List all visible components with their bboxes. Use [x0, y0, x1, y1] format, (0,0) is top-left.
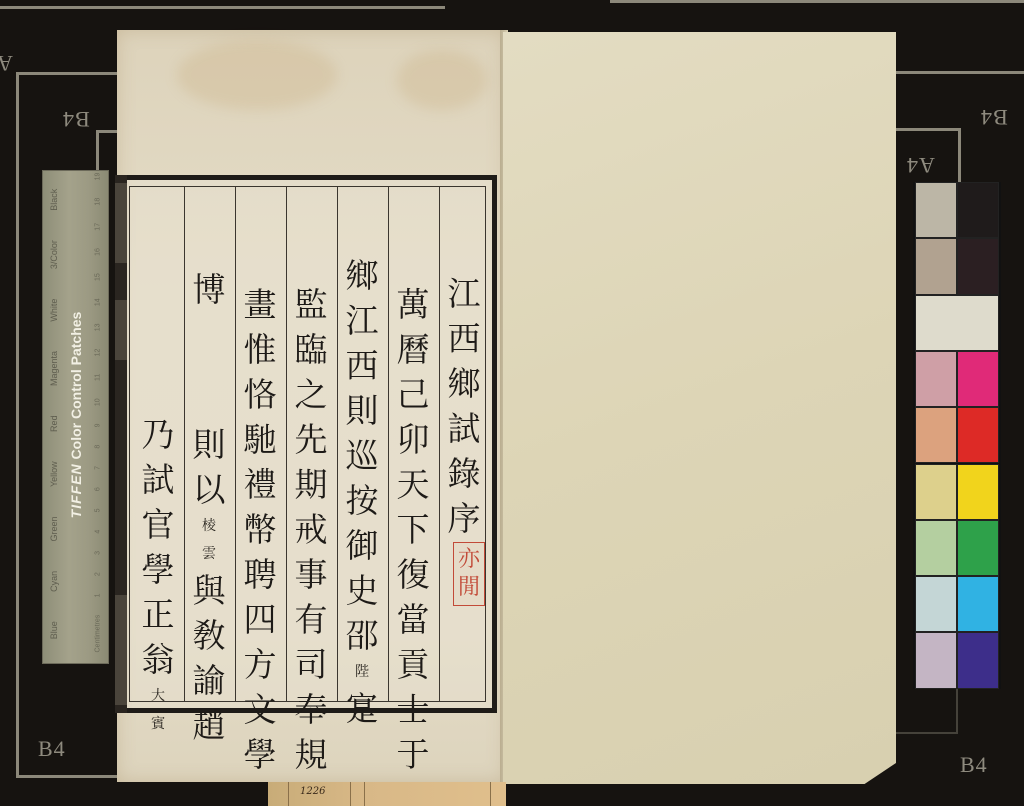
color-patch-right	[957, 632, 999, 688]
tiffen-brand: TIFFEN	[68, 463, 84, 518]
ruler-tick: 7	[94, 466, 101, 470]
text-character: 之	[295, 372, 328, 417]
paper-stain	[177, 40, 337, 110]
text-character: 按	[346, 478, 379, 523]
text-character: 以	[193, 467, 226, 512]
ruler-tick: 5	[94, 509, 101, 513]
seal-character: 亦	[454, 546, 484, 574]
text-character: 事	[295, 552, 328, 597]
slip-rule	[490, 782, 491, 806]
text-character: 有	[295, 597, 328, 642]
ruler-tick: 18	[94, 198, 101, 206]
tiffen-color-label: Cyan	[49, 571, 59, 592]
ruler-tick: 13	[94, 323, 101, 331]
right-page-blank	[503, 32, 896, 784]
text-character: 期	[295, 462, 328, 507]
text-character: 西	[448, 316, 481, 361]
text-character: 士	[397, 687, 430, 732]
ruler-tick: 14	[94, 298, 101, 306]
text-column: 鄉江西則巡按御史邵陛寔	[337, 253, 387, 731]
text-character: 司	[295, 642, 328, 687]
ruler-tick: 1	[94, 594, 101, 598]
color-patch-right	[957, 407, 999, 463]
tiffen-color-label: Blue	[49, 621, 59, 639]
text-character: 先	[295, 417, 328, 462]
slip-rule	[288, 782, 289, 806]
text-character: 諭	[193, 658, 226, 703]
text-character: 正	[142, 592, 175, 637]
text-character: 馳	[244, 417, 277, 462]
ruler-tick: 19	[94, 173, 101, 181]
color-patch-left	[915, 520, 957, 576]
ruler-tick: 9	[94, 424, 101, 428]
text-character: 奉	[295, 687, 328, 732]
text-character: 天	[397, 462, 430, 507]
tiffen-color-label: 3/Color	[49, 240, 59, 269]
tiffen-title-text: Color Control Patches	[68, 312, 84, 460]
text-character: 試	[448, 406, 481, 451]
text-character: 陛	[355, 658, 369, 686]
tiffen-color-label: Magenta	[49, 351, 59, 386]
ruler-tick: 17	[94, 223, 101, 231]
text-character: 則	[346, 388, 379, 433]
text-character: 史	[346, 568, 379, 613]
tiffen-color-label: White	[49, 299, 59, 322]
text-character: 萬	[397, 282, 430, 327]
catalog-slip: 1226	[268, 782, 506, 806]
color-patch-left	[915, 407, 957, 463]
slip-number: 1226	[300, 786, 325, 797]
text-character: 官	[142, 502, 175, 547]
tiffen-title: TIFFEN Color Control Patches	[68, 175, 84, 655]
text-character: 御	[346, 523, 379, 568]
tiffen-color-labels: BlueCyanGreenYellowRedMagentaWhite3/Colo…	[49, 174, 59, 654]
text-character: 序	[448, 496, 481, 541]
ruler-label: Centimetres	[94, 615, 101, 653]
text-character: 聘	[244, 552, 277, 597]
text-block-frame: 江西鄉試錄序萬曆己卯天下復當貢士于鄉江西則巡按御史邵陛寔監臨之先期戒事有司奉規畫…	[117, 175, 497, 713]
text-character: 方	[244, 642, 277, 687]
text-character: 賓	[151, 710, 165, 738]
text-character: 禮	[244, 462, 277, 507]
text-character: 貢	[397, 642, 430, 687]
ruler-tick: 12	[94, 349, 101, 357]
text-character: 江	[448, 271, 481, 316]
tiffen-color-label: Red	[49, 415, 59, 432]
color-patch-right	[957, 238, 999, 294]
text-character: 大	[151, 682, 165, 710]
tiffen-color-control-strip: Centimetres12345678910111213141516171819…	[42, 170, 109, 664]
text-character: 與	[193, 568, 226, 613]
text-column: 監臨之先期戒事有司奉規	[286, 282, 336, 777]
text-character: 博	[193, 267, 226, 312]
guide-box-right-lower	[896, 688, 958, 734]
label-B4-top-left: B4	[62, 106, 90, 132]
text-character: 臨	[295, 327, 328, 372]
text-character: 鄉	[346, 253, 379, 298]
ruler-tick: 2	[94, 572, 101, 576]
slip-rule	[350, 782, 351, 806]
slip-rule	[364, 782, 365, 806]
text-column: 博則以棱雲與敎諭趙	[184, 267, 234, 748]
text-character: 棱	[202, 512, 216, 540]
text-character: 監	[295, 282, 328, 327]
label-A4-top-right: A4	[906, 152, 935, 178]
text-character: 于	[397, 732, 430, 777]
text-column: 乃試官學正翁大賓	[133, 412, 183, 738]
text-character: 錄	[448, 451, 481, 496]
text-character: 乃	[142, 412, 175, 457]
seal-character: 閒	[454, 574, 484, 602]
color-patch-right	[957, 464, 999, 520]
text-character: 己	[397, 372, 430, 417]
text-character: 文	[244, 687, 277, 732]
text-character: 曆	[397, 327, 430, 372]
text-column: 萬曆己卯天下復當貢士于	[388, 282, 438, 777]
paper-stain	[397, 50, 487, 110]
spine-fragment	[115, 175, 127, 713]
color-calibration-chart	[913, 182, 1001, 689]
ruler-tick: 6	[94, 487, 101, 491]
text-character: 敎	[193, 613, 226, 658]
text-character: 四	[244, 597, 277, 642]
text-character: 學	[244, 732, 277, 777]
tiffen-ruler: Centimetres12345678910111213141516171819	[94, 173, 101, 653]
color-patch-left	[915, 351, 957, 407]
text-character: 巡	[346, 433, 379, 478]
tiffen-color-label: Yellow	[49, 461, 59, 487]
text-character: 惟	[244, 327, 277, 372]
text-character: 鄉	[448, 361, 481, 406]
text-column: 畫惟恪馳禮幣聘四方文學	[235, 282, 285, 777]
label-B4-bottom-left: B4	[38, 736, 66, 762]
ruler-tick: 10	[94, 398, 101, 406]
text-character: 西	[346, 343, 379, 388]
text-character: 戒	[295, 507, 328, 552]
ruler-tick: 15	[94, 273, 101, 281]
label-B4-bottom-right: B4	[960, 752, 988, 778]
red-seal-stamp: 亦閒	[453, 542, 485, 606]
color-patch-right	[957, 182, 999, 238]
text-character: 趙	[193, 703, 226, 748]
color-patch-left	[915, 632, 957, 688]
label-B4-top-right: B4	[980, 104, 1008, 130]
text-character: 畫	[244, 282, 277, 327]
spine-ink-block	[115, 183, 127, 263]
guide-line-top-right	[610, 0, 1024, 3]
text-character: 邵	[346, 613, 379, 658]
color-patch-left	[915, 576, 957, 632]
tiffen-color-label: Green	[49, 516, 59, 541]
spine-ink-block	[115, 595, 127, 705]
text-character: 則	[193, 422, 226, 467]
ruler-tick: 8	[94, 445, 101, 449]
ruler-tick: 11	[94, 374, 101, 381]
color-patch-right	[957, 520, 999, 576]
ruler-tick: 4	[94, 530, 101, 534]
color-patch-right	[957, 576, 999, 632]
text-character: 翁	[142, 637, 175, 682]
color-patch	[915, 295, 999, 351]
left-page: 江西鄉試錄序萬曆己卯天下復當貢士于鄉江西則巡按御史邵陛寔監臨之先期戒事有司奉規畫…	[117, 30, 505, 782]
color-patch-left	[915, 464, 957, 520]
tiffen-color-label: Black	[49, 189, 59, 211]
guide-line-top	[0, 6, 445, 9]
text-block-inner-frame: 江西鄉試錄序萬曆己卯天下復當貢士于鄉江西則巡按御史邵陛寔監臨之先期戒事有司奉規畫…	[129, 186, 486, 702]
spine-ink-block	[115, 300, 127, 360]
text-character: 幣	[244, 507, 277, 552]
text-character: 卯	[397, 417, 430, 462]
ruler-tick: 16	[94, 248, 101, 256]
text-character: 寔	[346, 686, 379, 731]
color-patch-left	[915, 238, 957, 294]
text-character: 規	[295, 732, 328, 777]
guide-line-right	[896, 71, 1024, 74]
text-character: 試	[142, 457, 175, 502]
text-character: 恪	[244, 372, 277, 417]
text-character: 當	[397, 597, 430, 642]
text-character: 江	[346, 298, 379, 343]
color-patch-right	[957, 351, 999, 407]
ruler-tick: 3	[94, 551, 101, 555]
title-column: 江西鄉試錄序	[439, 271, 489, 541]
text-character: 學	[142, 547, 175, 592]
color-patch-left	[915, 182, 957, 238]
text-character: 復	[397, 552, 430, 597]
label-A-top-left: A	[0, 50, 13, 76]
text-character: 雲	[202, 540, 216, 568]
text-character: 下	[397, 507, 430, 552]
